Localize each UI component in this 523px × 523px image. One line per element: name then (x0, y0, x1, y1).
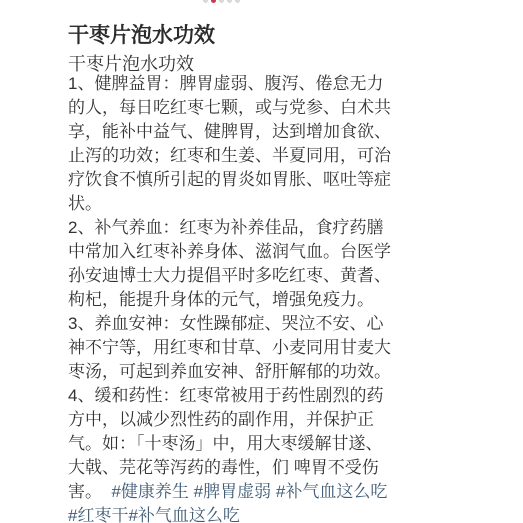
text-line: 的人，每日吃红枣七颗，或与党参、白术共 (68, 96, 391, 120)
text-line: 3、养血安神：女性躁郁症、哭泣不安、心 (68, 312, 391, 336)
text-segment: 3、养血安神：女性躁郁症、哭泣不安、心 (68, 314, 383, 333)
text-line: #红枣干#补气血这么吃 (68, 504, 391, 523)
text-segment: 气。如：「十枣汤」中，用大枣缓解甘遂、 (68, 434, 383, 453)
text-line: 大戟、芫花等泻药的毒性，们 啤胃不受伤 (68, 456, 391, 480)
text-line: 疗饮食不慎所引起的胃炎如胃胀、呕吐等症 (68, 168, 391, 192)
carousel-dots[interactable] (203, 0, 240, 3)
text-line: 方中，以减少烈性药的副作用，并保护正 (68, 408, 391, 432)
text-line: 神不宁等，用红枣和甘草、小麦同用甘麦大 (68, 336, 391, 360)
hashtag-link[interactable]: #健康养生 (111, 482, 188, 501)
text-segment: 方中，以减少烈性药的副作用，并保护正 (68, 410, 374, 429)
carousel-dot-active[interactable] (211, 0, 216, 3)
text-segment: 止泻的功效；红枣和生姜、半夏同用，可治 (68, 146, 391, 165)
carousel-dot[interactable] (203, 0, 208, 3)
text-line: 害。 #健康养生 #脾胃虚弱 #补气血这么吃 (68, 480, 391, 504)
note-body: 1、健脾益胃：脾胃虚弱、腹泻、倦怠无力的人，每日吃红枣七颗，或与党参、白术共享，… (68, 72, 391, 523)
text-segment: 神不宁等，用红枣和甘草、小麦同用甘麦大 (68, 338, 391, 357)
text-segment: 疗饮食不慎所引起的胃炎如胃胀、呕吐等症 (68, 170, 391, 189)
text-segment: 孙安迪博士大力提倡平时多吃红枣、黄耆、 (68, 266, 391, 285)
text-segment: 枸杞，能提升身体的元气，增强免疫力。 (68, 290, 374, 309)
text-line: 中常加入红枣补养身体、滋润气血。台医学 (68, 240, 391, 264)
text-segment: 中常加入红枣补养身体、滋润气血。台医学 (68, 242, 391, 261)
text-line: 气。如：「十枣汤」中，用大枣缓解甘遂、 (68, 432, 391, 456)
text-line: 止泻的功效；红枣和生姜、半夏同用，可治 (68, 144, 391, 168)
text-segment: 害。 (68, 482, 111, 501)
text-line: 享，能补中益气、健脾胃，达到增加食欲、 (68, 120, 391, 144)
text-segment: 1、健脾益胃：脾胃虚弱、腹泻、倦怠无力 (68, 74, 383, 93)
hashtag-link[interactable]: #补气血这么吃 (276, 482, 387, 501)
hashtag-link[interactable]: #脾胃虚弱 (194, 482, 271, 501)
text-segment: 状。 (68, 194, 102, 213)
text-line: 1、健脾益胃：脾胃虚弱、腹泻、倦怠无力 (68, 72, 391, 96)
text-line: 枣汤，可起到养血安神、舒肝解郁的功效。 (68, 360, 391, 384)
text-line: 枸杞，能提升身体的元气，增强免疫力。 (68, 288, 391, 312)
note-title: 干枣片泡水功效 (68, 19, 215, 49)
text-segment: 2、补气养血：红枣为补养佳品，食疗药膳 (68, 218, 383, 237)
text-segment: 的人，每日吃红枣七颗，或与党参、白术共 (68, 98, 391, 117)
text-line: 2、补气养血：红枣为补养佳品，食疗药膳 (68, 216, 391, 240)
text-line: 4、缓和药性：红枣常被用于药性剧烈的药 (68, 384, 391, 408)
text-line: 状。 (68, 192, 391, 216)
text-segment: 枣汤，可起到养血安神、舒肝解郁的功效。 (68, 362, 391, 381)
text-segment: 4、缓和药性：红枣常被用于药性剧烈的药 (68, 386, 383, 405)
carousel-dot[interactable] (227, 0, 232, 3)
hashtag-link[interactable]: #补气血这么吃 (128, 506, 239, 523)
text-segment: 享，能补中益气、健脾胃，达到增加食欲、 (68, 122, 391, 141)
carousel-dot[interactable] (219, 0, 224, 3)
text-line: 孙安迪博士大力提倡平时多吃红枣、黄耆、 (68, 264, 391, 288)
text-segment: 大戟、芫花等泻药的毒性，们 啤胃不受伤 (68, 458, 379, 477)
carousel-dot[interactable] (235, 0, 240, 3)
hashtag-link[interactable]: #红枣干 (68, 506, 128, 523)
